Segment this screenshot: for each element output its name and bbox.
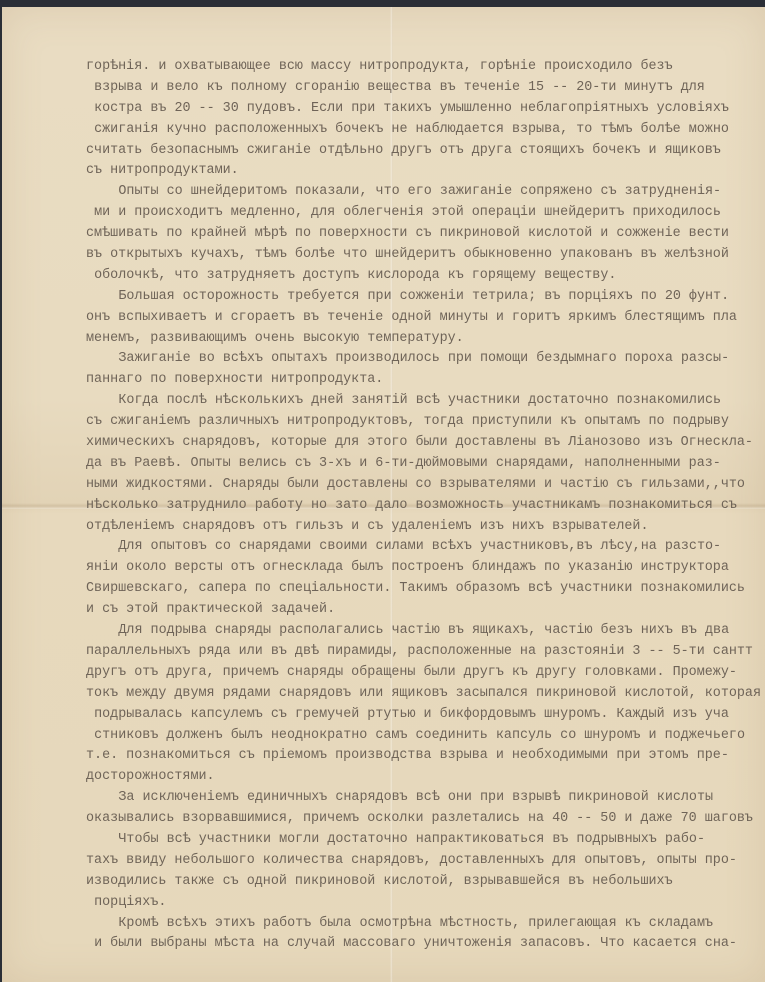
text-line: подрывалась капсулемъ съ гремучей ртутью…: [86, 705, 765, 726]
text-line: взрыва и вело къ полному сгоранію вещест…: [86, 78, 765, 99]
text-line: горѣнія. и охватывающее всю массу нитроп…: [86, 57, 765, 78]
text-line: съ нитропродуктами.: [86, 161, 765, 182]
text-line: оболочкѣ, что затрудняетъ доступъ кислор…: [86, 266, 765, 287]
text-line: химическихъ снарядовъ, которые для этого…: [86, 433, 765, 454]
text-line: ми и происходитъ медленно, для облегчені…: [86, 203, 765, 224]
text-line: токъ между двумя рядами снарядовъ или ящ…: [86, 684, 765, 705]
text-line: Чтобы всѣ участники могли достаточно нап…: [86, 830, 765, 851]
text-line: отдѣленіемъ снарядовъ отъ гильзъ и съ уд…: [86, 517, 765, 538]
text-line: За исключеніемъ единичныхъ снарядовъ всѣ…: [86, 788, 765, 809]
text-line: Для подрыва снаряды располагались частію…: [86, 621, 765, 642]
text-line: менемъ, развивающимъ очень высокую темпе…: [86, 329, 765, 350]
text-line: Для опытовъ со снарядами своими силами в…: [86, 537, 765, 558]
text-line: смѣшивать по крайней мѣрѣ по поверхности…: [86, 224, 765, 245]
text-line: досторожностями.: [86, 767, 765, 788]
text-line: и были выбраны мѣста на случай массоваго…: [86, 934, 765, 955]
text-line: нѣсколько затруднило работу но зато дало…: [86, 496, 765, 517]
text-line: параллельныхъ ряда или въ двѣ пирамиды, …: [86, 642, 765, 663]
text-line: другъ отъ друга, причемъ снаряды обращен…: [86, 663, 765, 684]
text-line: Большая осторожность требуется при сожже…: [86, 287, 765, 308]
text-line: Кромѣ всѣхъ этихъ работъ была осмотрѣна …: [86, 914, 765, 935]
text-line: съ сжиганіемъ различныхъ нитропродуктовъ…: [86, 412, 765, 433]
text-line: порціяхъ.: [86, 893, 765, 914]
text-line: Свиршевскаго, сапера по спеціальности. Т…: [86, 579, 765, 600]
text-line: да въ Раевѣ. Опыты велись съ 3-хъ и 6-ти…: [86, 454, 765, 475]
text-line: оказывались взорвавшимися, причемъ оскол…: [86, 809, 765, 830]
text-line: въ открытыхъ кучахъ, тѣмъ болѣе что шней…: [86, 245, 765, 266]
text-line: костра въ 20 -- 30 пудовъ. Если при таки…: [86, 99, 765, 120]
text-line: онъ вспыхиваетъ и сгораетъ въ теченіе од…: [86, 308, 765, 329]
text-line: и съ этой практической задачей.: [86, 600, 765, 621]
text-line: Когда послѣ нѣсколькихъ дней занятій всѣ…: [86, 391, 765, 412]
text-line: Опыты со шнейдеритомъ показали, что его …: [86, 182, 765, 203]
text-line: ными жидкостями. Снаряды были доставлены…: [86, 475, 765, 496]
text-line: т.е. познакомиться съ пріемомъ производс…: [86, 746, 765, 767]
text-line: изводились также съ одной пикриновой кис…: [86, 872, 765, 893]
text-line: Зажиганіе во всѣхъ опытахъ производилось…: [86, 349, 765, 370]
text-line: сжиганія кучно расположенныхъ бочекъ не …: [86, 120, 765, 141]
text-line: паннаго по поверхности нитропродукта.: [86, 370, 765, 391]
text-line: стниковъ долженъ былъ неоднократно самъ …: [86, 726, 765, 747]
text-line: яніи около версты отъ огнесклада былъ по…: [86, 558, 765, 579]
document-page: горѣнія. и охватывающее всю массу нитроп…: [2, 7, 765, 982]
text-line: тахъ ввиду небольшого количества снарядо…: [86, 851, 765, 872]
text-line: считать безопаснымъ сжиганіе отдѣльно др…: [86, 141, 765, 162]
typewritten-body: горѣнія. и охватывающее всю массу нитроп…: [86, 57, 765, 955]
